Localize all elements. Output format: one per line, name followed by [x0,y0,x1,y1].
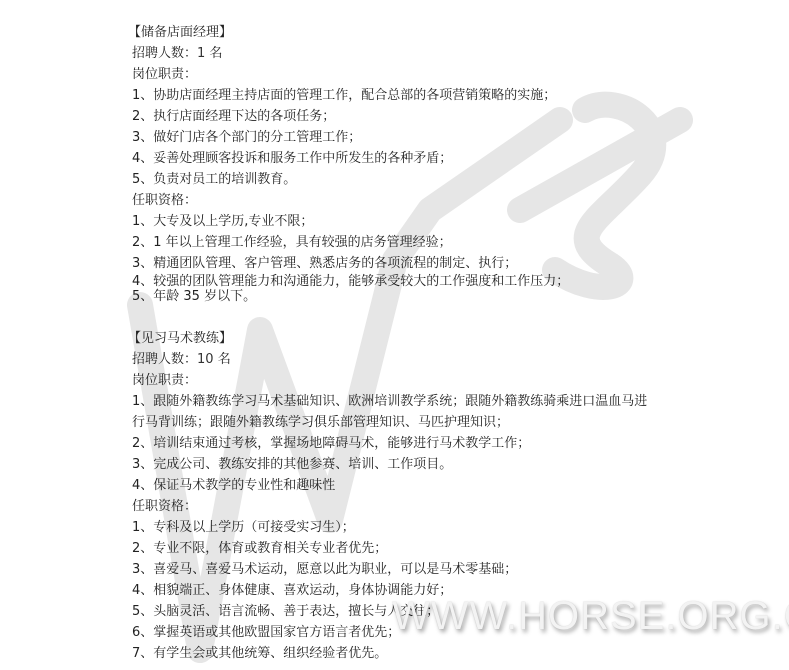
requirement-item: 2、专业不限，体育或教育相关专业者优先； [132,538,752,559]
requirement-item: 1、专科及以上学历（可接受实习生）； [132,517,752,538]
headcount: 招聘人数：1 名 [132,43,752,64]
job-title: 【储备店面经理】 [128,22,752,43]
duty-item: 2、执行店面经理下达的各项任务； [132,106,752,127]
requirement-item: 4、相貌端正、身体健康、喜欢运动，身体协调能力好； [132,580,752,601]
headcount: 招聘人数：10 名 [132,349,752,370]
job-section-store-manager: 【储备店面经理】 招聘人数：1 名 岗位职责： 1、协助店面经理主持店面的管理工… [132,22,752,304]
headcount-label: 招聘人数： [132,46,197,61]
requirement-item: 5、年龄 35 岁以下。 [132,289,752,304]
duty-item: 5、负责对员工的培训教育。 [132,169,752,190]
job-section-equestrian-coach: 【见习马术教练】 招聘人数：10 名 岗位职责： 1、跟随外籍教练学习马术基础知… [132,328,752,664]
requirement-item: 5、头脑灵活、语言流畅、善于表达，擅长与人交往； [132,601,752,622]
duties-label: 岗位职责： [132,64,752,85]
duty-item: 3、做好门店各个部门的分工管理工作； [132,127,752,148]
headcount-unit: 名 [214,352,231,367]
duty-item: 4、妥善处理顾客投诉和服务工作中所发生的各种矛盾； [132,148,752,169]
headcount-unit: 名 [205,46,222,61]
duties-label: 岗位职责： [132,370,752,391]
headcount-label: 招聘人数： [132,352,197,367]
requirement-item: 3、喜爱马、喜爱马术运动，愿意以此为职业，可以是马术零基础； [132,559,752,580]
job-listings: 【储备店面经理】 招聘人数：1 名 岗位职责： 1、协助店面经理主持店面的管理工… [132,22,752,664]
job-title: 【见习马术教练】 [128,328,752,349]
duty-item: 1、跟随外籍教练学习马术基础知识、欧洲培训教学系统；跟随外籍教练骑乘进口温血马进 [132,391,752,412]
duty-item: 2、培训结束通过考核，掌握场地障碍马术，能够进行马术教学工作； [132,433,752,454]
requirement-item: 7、有学生会或其他统筹、组织经验者优先。 [132,643,752,664]
requirements-label: 任职资格： [132,190,752,211]
duty-item: 3、完成公司、教练安排的其他参赛、培训、工作项目。 [132,454,752,475]
headcount-value: 10 [197,352,214,367]
duty-item: 1、协助店面经理主持店面的管理工作，配合总部的各项营销策略的实施； [132,85,752,106]
requirement-item: 1、大专及以上学历,专业不限； [132,211,752,232]
section-spacer [132,304,752,328]
requirement-item: 6、掌握英语或其他欧盟国家官方语言者优先； [132,622,752,643]
requirement-item: 2、1 年以上管理工作经验，具有较强的店务管理经验； [132,232,752,253]
duty-item: 行马背训练；跟随外籍教练学习俱乐部管理知识、马匹护理知识； [132,412,752,433]
duty-item: 4、保证马术教学的专业性和趣味性 [132,475,752,496]
requirement-item: 4、较强的团队管理能力和沟通能力，能够承受较大的工作强度和工作压力； [132,274,752,289]
requirements-label: 任职资格： [132,496,752,517]
requirement-item: 3、精通团队管理、客户管理、熟悉店务的各项流程的制定、执行； [132,253,752,274]
